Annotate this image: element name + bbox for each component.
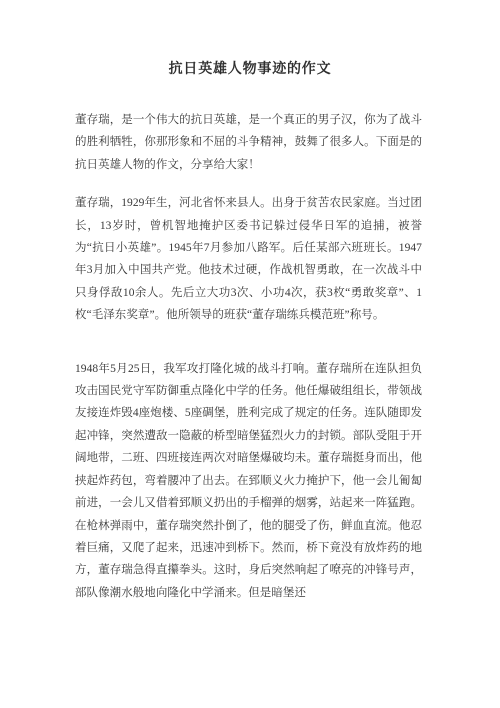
document-body: 董存瑞，是一个伟大的抗日英雄，是一个真正的男子汉，你为了战斗的胜利牺牲，你那形象… <box>75 109 422 604</box>
paragraph-battle: 1948年5月25日，我军攻打隆化城的战斗打响。董存瑞所在连队担负攻击国民党守军… <box>75 358 422 604</box>
paragraph-biography: 董存瑞，1929年生，河北省怀来县人。出身于贫苦农民家庭。当过团长，13岁时，曾… <box>75 192 422 326</box>
document-page: 抗日英雄人物事迹的作文 董存瑞，是一个伟大的抗日英雄，是一个真正的男子汉，你为了… <box>0 0 500 708</box>
paragraph-intro: 董存瑞，是一个伟大的抗日英雄，是一个真正的男子汉，你为了战斗的胜利牺牲，你那形象… <box>75 109 422 176</box>
document-title: 抗日英雄人物事迹的作文 <box>0 0 500 78</box>
